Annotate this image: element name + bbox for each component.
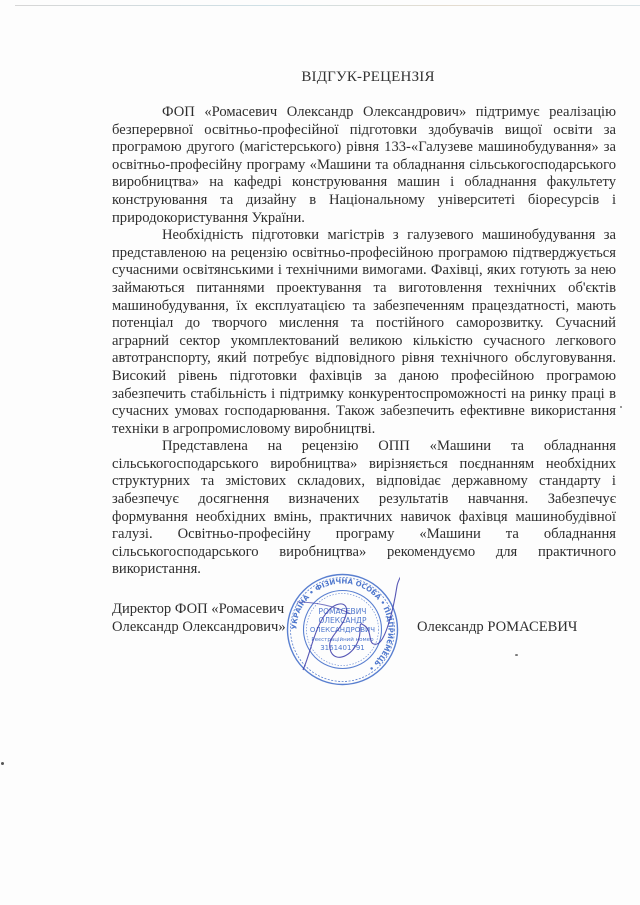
stamp-line-4: Реєстраційний номер: [311, 636, 374, 643]
paragraph-intro: ФОП «Ромасевич Олександр Олександрович» …: [112, 104, 616, 227]
stamp-line-3: ОЛЕКСАНДРОВИЧ: [310, 626, 375, 634]
official-stamp: УКРАЇНА • ФІЗИЧНА ОСОБА • ПІДПРИЄМЕЦЬ • …: [285, 572, 400, 687]
paragraph-recommendation: Представлена на рецензію ОПП «Машини та …: [112, 438, 616, 579]
stamp-line-5: 3161401791: [320, 644, 365, 652]
scan-speck: [515, 654, 518, 656]
scan-edge: [15, 5, 640, 6]
document-page: ВІДГУК-РЕЦЕНЗІЯ ФОП «Ромасевич Олександр…: [112, 67, 616, 579]
paragraph-necessity: Необхідність підготовки магістрів з галу…: [112, 227, 616, 438]
document-title: ВІДГУК-РЕЦЕНЗІЯ: [120, 67, 616, 87]
scan-speck: [1, 762, 4, 765]
signatory-name: Олександр РОМАСЕВИЧ: [417, 619, 577, 637]
scan-speck: [620, 406, 622, 408]
